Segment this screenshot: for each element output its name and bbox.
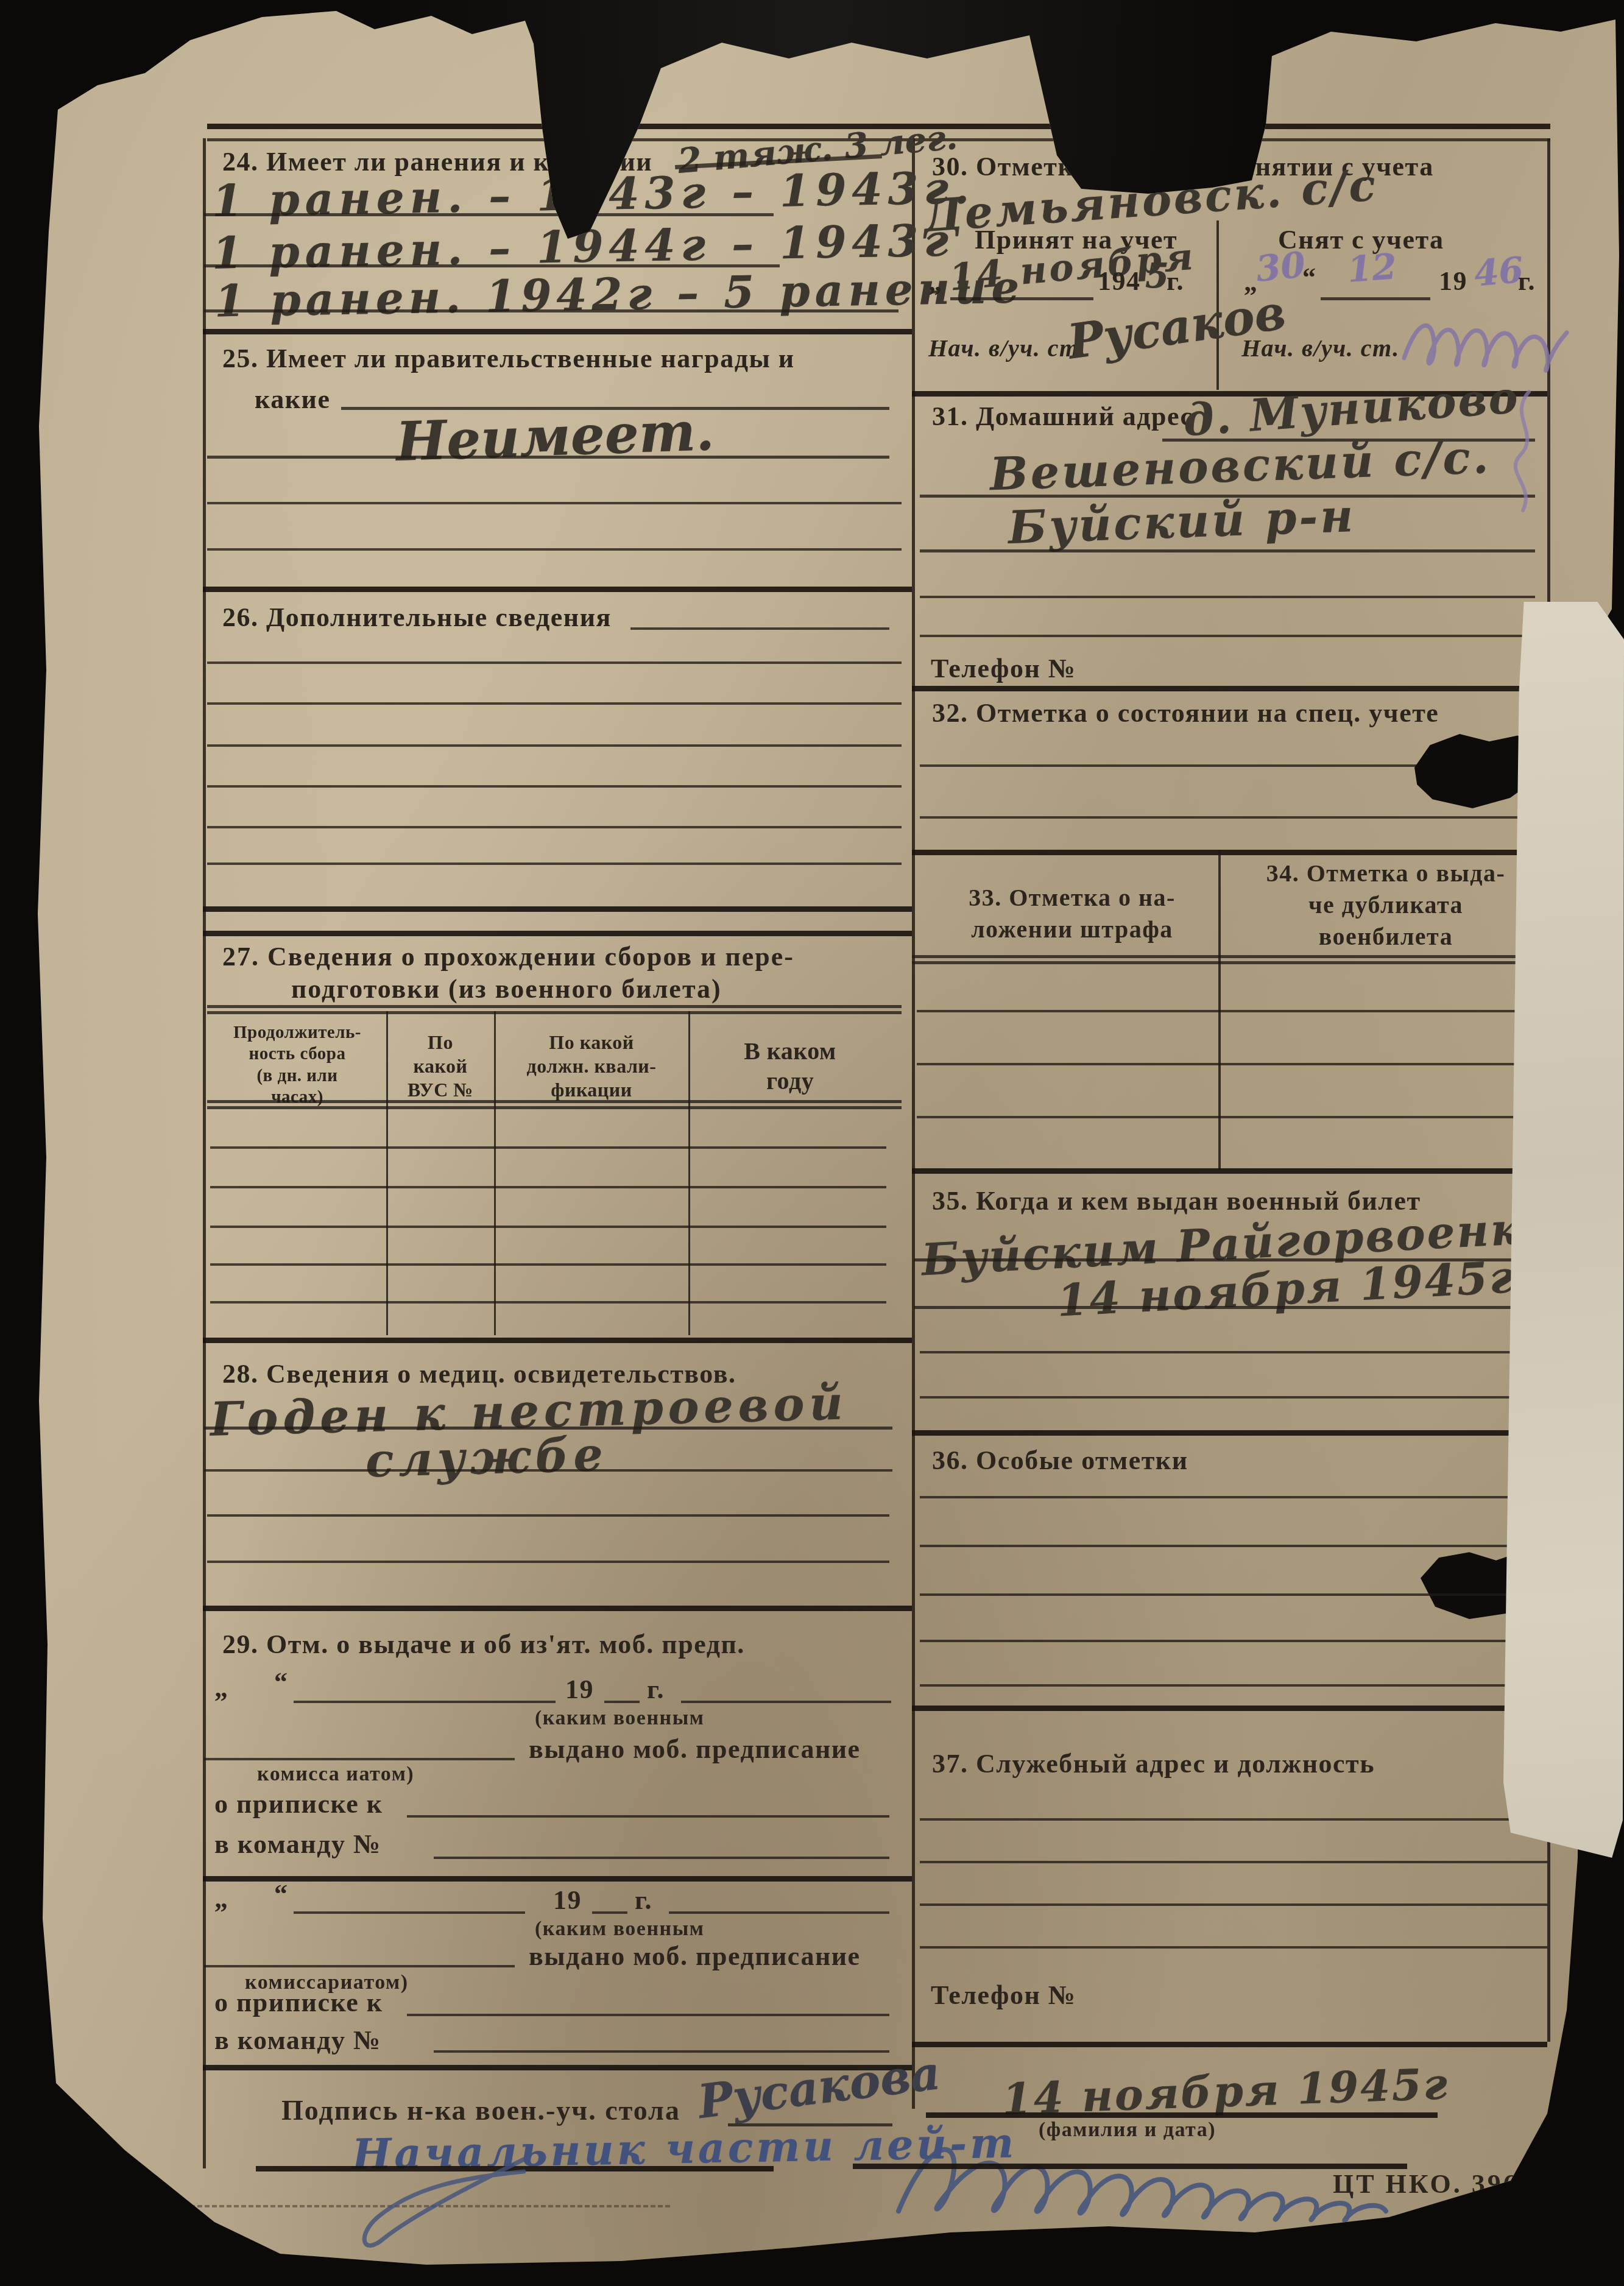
table-border (207, 1106, 902, 1109)
ruled-line (207, 502, 902, 504)
blank-line (294, 1701, 556, 1703)
ruled-line (920, 1818, 1547, 1821)
blank-line (604, 1701, 640, 1703)
ruled-line (914, 1306, 1547, 1309)
table-row-line (210, 1226, 886, 1228)
ruled-line (920, 816, 1547, 819)
s30-accepted-chief-label: Нач. в/уч. ст. (928, 334, 1087, 362)
s29-attach-label: о приписке к (214, 1788, 383, 1819)
year-19: 19 (565, 1674, 594, 1705)
table-row-line (210, 1146, 886, 1149)
section-divider (912, 1706, 1547, 1711)
s29-team-label: в команду № (214, 1829, 381, 1860)
ruled-line (920, 1545, 1547, 1547)
blank-line (204, 1758, 515, 1760)
year-g: г. (635, 1885, 652, 1916)
s25-title: 25. Имеет ли правительственные награды и (222, 343, 795, 374)
ruled-line (207, 744, 902, 747)
ruled-line (920, 1903, 1547, 1906)
s27-col3-header: По какой должн. квали- фикации (498, 1031, 685, 1102)
section-divider (912, 686, 1547, 691)
ruled-line (207, 661, 902, 664)
table-column-divider (494, 1011, 496, 1335)
section-divider (203, 1606, 912, 1611)
s25-entry: Неимеет. (395, 399, 715, 473)
s32-title: 32. Отметка о состоянии на спец. учете (932, 697, 1439, 728)
ruled-line (920, 1496, 1547, 1498)
form-code: ЦТ НКО. 3969—45 (1333, 2168, 1596, 2200)
border-left (203, 138, 206, 2168)
s29-hint-commissariat: комисса иатом) (257, 1763, 414, 1786)
tape-strip (1503, 602, 1624, 1858)
blank-line (950, 297, 1093, 300)
s29-issued-label: выдано моб. предписание (529, 1734, 861, 1765)
ruled-line (207, 702, 902, 705)
table-border (912, 955, 1547, 958)
s31-address-2: Вешеновский с/с. (989, 431, 1492, 501)
s26-title: 26. Дополнительные сведения (222, 602, 612, 633)
scanned-military-form: 24. Имеет ли ранения и контузии 2 тяж. 3… (0, 0, 1624, 2286)
quote-close: “ (1302, 262, 1317, 293)
table-row-line (210, 1186, 886, 1188)
ruled-line (204, 213, 774, 216)
s31-title: 31. Домашний адрес (932, 401, 1193, 432)
quote-open: „ (214, 1883, 229, 1914)
quote-open: „ (214, 1673, 229, 1704)
ruled-line (920, 549, 1535, 552)
ruled-line (920, 596, 1535, 598)
blank-line (669, 1911, 889, 1914)
s30-removed-year-handwritten: 46 (1472, 249, 1525, 295)
ruled-line (920, 1684, 1547, 1687)
year-19: 19 (553, 1885, 582, 1916)
table-column-divider (386, 1011, 388, 1335)
ruled-line (920, 1396, 1547, 1399)
blank-line (294, 1911, 525, 1914)
blank-line (434, 1857, 889, 1859)
s29-attach-label: о приписке к (214, 1987, 383, 2018)
table-row-line (917, 1063, 1544, 1065)
paper-sheet: 24. Имеет ли ранения и контузии 2 тяж. 3… (0, 0, 1624, 2286)
s27-col4-header: В каком году (693, 1037, 887, 1096)
s29-hint-military: (каким военным (535, 1707, 704, 1730)
section-divider (203, 587, 912, 592)
s37-title: 37. Служебный адрес и должность (932, 1748, 1375, 1779)
ruled-line (920, 1351, 1547, 1353)
blank-line (204, 1965, 515, 1967)
s37-phone-label: Телефон № (931, 1980, 1076, 2011)
table-border (912, 961, 1547, 964)
blank-line (592, 1911, 627, 1914)
s27-col1-header: Продолжитель- ность сбора (в дн. или час… (212, 1022, 383, 1109)
s30-removed-year-printed: 19 (1439, 266, 1467, 297)
blank-line (434, 2050, 889, 2053)
sign-label: Подпись н-ка воен.-уч. стола (281, 2094, 680, 2126)
table-row-line (917, 1116, 1544, 1118)
signature-flourish-blue (341, 2156, 548, 2272)
section-divider (912, 1168, 1547, 1174)
section-divider (203, 329, 912, 334)
ruled-line (920, 1946, 1547, 1949)
blank-line (407, 2014, 889, 2016)
s28-entry-2: службе (365, 1427, 609, 1487)
section-divider (203, 1876, 912, 1882)
section-divider (203, 906, 912, 912)
quote-open: „ (928, 267, 943, 298)
signature-purple-tail (1495, 389, 1556, 517)
ruled-line (207, 1561, 889, 1563)
s31-address-3: Буйский р-н (1008, 490, 1357, 554)
ruled-line (207, 785, 902, 788)
s27-col2-header: По какой ВУС № (390, 1031, 491, 1102)
table-row-line (917, 1010, 1544, 1012)
ruled-line (630, 627, 889, 630)
s29-hint-military: (каким военным (535, 1917, 704, 1941)
section-divider (203, 1338, 912, 1343)
table-border (207, 1005, 902, 1008)
section-divider (203, 931, 912, 936)
s25-title-2: какие (255, 384, 330, 415)
quote-close: “ (274, 1879, 289, 1910)
ruled-line (207, 826, 902, 828)
ruled-line (207, 863, 902, 865)
s30-removed-month-handwritten: 12 (1346, 245, 1398, 290)
s30-removed-day-handwritten: 30 (1254, 244, 1307, 290)
bottom-border-2 (853, 2164, 1407, 2169)
s30-accepted-year-printed: 194 (1098, 266, 1141, 297)
ruled-line (920, 1861, 1547, 1863)
bottom-border (912, 2042, 1547, 2047)
blank-line (407, 1815, 889, 1818)
s29-title: 29. Отм. о выдаче и об из'ят. моб. предп… (222, 1629, 745, 1660)
ruled-line (204, 309, 898, 312)
s33-title: 33. Отметка о на- ложении штрафа (941, 882, 1203, 945)
s34-title: 34. Отметка о выда- че дубликата военбил… (1234, 858, 1538, 953)
s29-team-label: в команду № (214, 2025, 381, 2056)
ruled-line (920, 1640, 1547, 1642)
sign-signature-handwritten: Русакова (695, 2045, 943, 2129)
year-g: г. (1167, 266, 1184, 297)
s27-title: 27. Сведения о прохождении сборов и пере… (222, 941, 794, 972)
s30-accepted-year-handwritten: 5 (1145, 256, 1169, 296)
table-row-line (210, 1263, 886, 1266)
year-g: г. (1518, 266, 1536, 297)
year-g: г. (647, 1674, 665, 1705)
s30-removed-chief-label: Нач. в/уч. ст. (1241, 334, 1400, 362)
blank-line (681, 1701, 891, 1703)
s27-title-2: подготовки (из военного билета) (291, 973, 722, 1004)
table-border (207, 1100, 902, 1103)
ruled-line (207, 456, 889, 459)
ruled-line (207, 548, 902, 551)
s36-title: 36. Особые отметки (932, 1445, 1188, 1476)
ruled-line (207, 1514, 889, 1517)
section-divider (912, 1430, 1547, 1436)
ruled-line (926, 2112, 1438, 2118)
table-row-line (210, 1301, 886, 1304)
quote-close: “ (274, 1667, 289, 1698)
ruled-line (920, 1593, 1547, 1596)
section-divider (912, 850, 1547, 855)
table-border (207, 1011, 902, 1014)
s29-issued-label: выдано моб. предписание (529, 1941, 861, 1972)
ruled-line (204, 1469, 892, 1472)
border-center (912, 138, 915, 2109)
table-column-divider (688, 1011, 690, 1335)
ruled-line (920, 635, 1535, 637)
s31-phone-label: Телефон № (931, 653, 1076, 684)
